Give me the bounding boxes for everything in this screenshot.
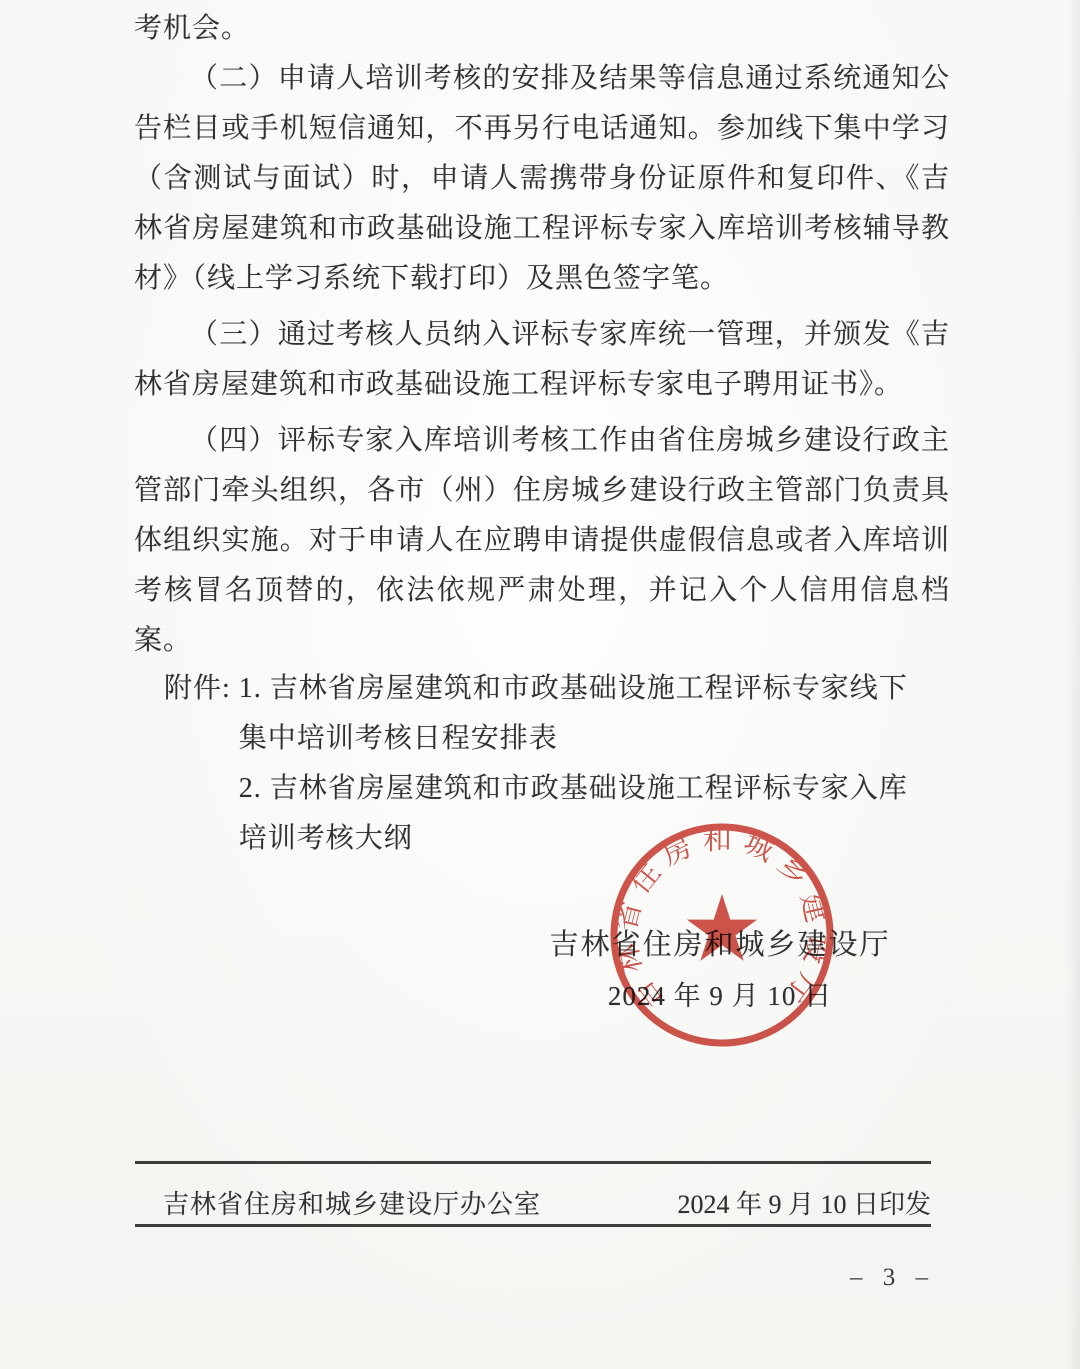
attachments-list: 1. 吉林省房屋建筑和市政基础设施工程评标专家线下集中培训考核日程安排表 2. … [239, 664, 929, 864]
footer-rule-bottom [135, 1224, 931, 1227]
footer-row: 吉林省住房和城乡建设厅办公室 2024 年 9 月 10 日印发 [135, 1188, 931, 1222]
attachment-item: 1. 吉林省房屋建筑和市政基础设施工程评标专家线下集中培训考核日程安排表 [239, 664, 929, 764]
attachments-label: 附件: [164, 664, 231, 714]
document-page: 考机会。 （二）申请人培训考核的安排及结果等信息通过系统通知公告栏目或手机短信通… [0, 0, 1080, 1369]
body-text: 考机会。 （二）申请人培训考核的安排及结果等信息通过系统通知公告栏目或手机短信通… [134, 4, 950, 666]
footer-rule-top [135, 1161, 931, 1164]
signature-date: 2024 年 9 月 10 日 [440, 976, 1000, 1016]
attachments-block: 附件: 1. 吉林省房屋建筑和市政基础设施工程评标专家线下集中培训考核日程安排表… [134, 664, 950, 864]
footer-print-date: 2024 年 9 月 10 日印发 [677, 1188, 931, 1222]
signature-block: 吉林省住房和城乡建设厅 2024 年 9 月 10 日 [440, 924, 1000, 1016]
scan-edge-shadow [1066, 0, 1080, 1369]
paragraph-item-4: （四）评标专家入库培训考核工作由省住房城乡建设行政主管部门牵头组织，各市（州）住… [134, 416, 950, 666]
signature-organization: 吉林省住房和城乡建设厅 [440, 924, 1000, 966]
footer-issuer: 吉林省住房和城乡建设厅办公室 [163, 1188, 541, 1222]
page-number: – 3 – [850, 1264, 935, 1292]
attachment-item: 2. 吉林省房屋建筑和市政基础设施工程评标专家入库培训考核大纲 [239, 764, 929, 864]
paragraph-continuation: 考机会。 [134, 4, 950, 54]
paragraph-item-3: （三）通过考核人员纳入评标专家库统一管理，并颁发《吉林省房屋建筑和市政基础设施工… [134, 310, 950, 410]
paragraph-item-2: （二）申请人培训考核的安排及结果等信息通过系统通知公告栏目或手机短信通知，不再另… [134, 54, 950, 304]
